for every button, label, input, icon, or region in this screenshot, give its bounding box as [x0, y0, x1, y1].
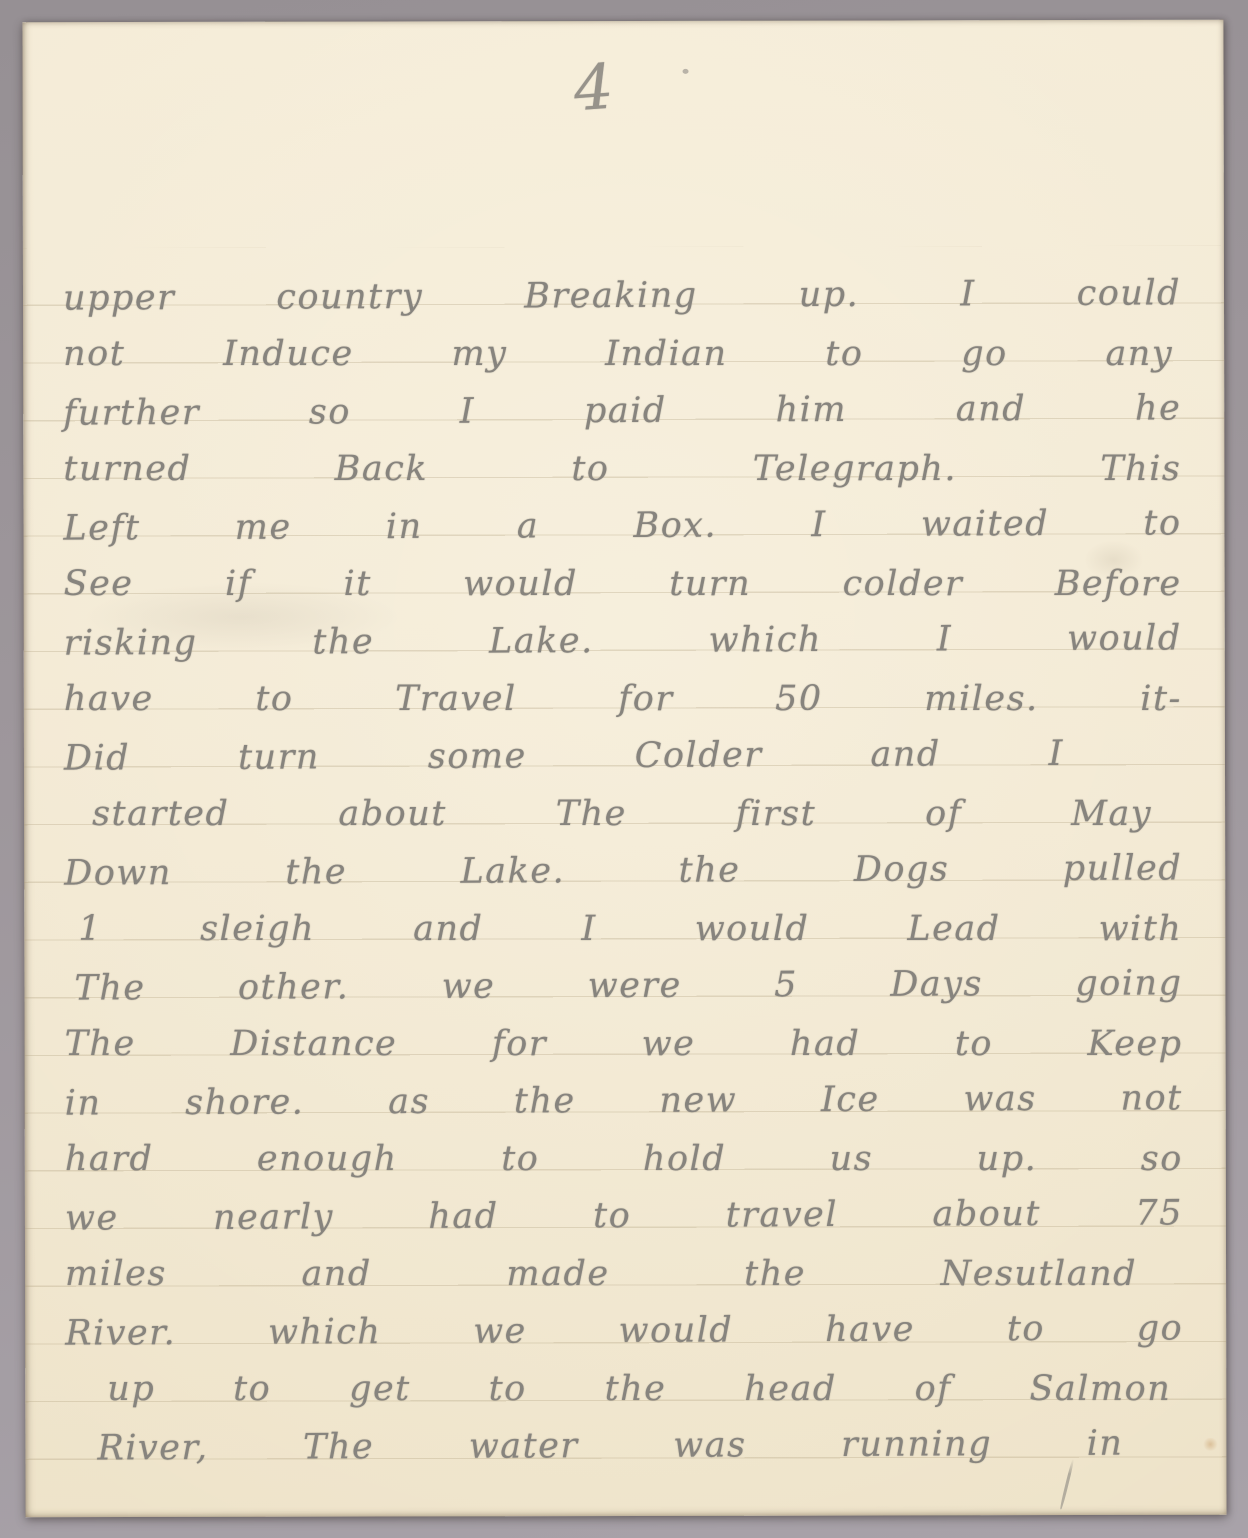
handwritten-line: River, The water was running in	[65, 1415, 1183, 1478]
handwritten-line: miles and made the Nesutland	[65, 1246, 1183, 1304]
handwritten-line: hard enough to hold us up. so	[65, 1131, 1183, 1188]
handwritten-line: See if it would turn colder Before	[64, 556, 1182, 614]
handwritten-line: in shore. as the new Ice was not	[65, 1070, 1183, 1133]
handwritten-line: risking the Lake. which I would	[64, 610, 1182, 673]
handwritten-line: turned Back to Telegraph. This	[63, 441, 1181, 499]
handwritten-line: upper country Breaking up. I could	[63, 265, 1181, 328]
handwritten-line: The Distance for we had to Keep	[65, 1016, 1183, 1073]
handwritten-line: up to get to the head of Salmon	[65, 1361, 1183, 1419]
handwritten-text-block: upper country Breaking up. I could not I…	[63, 267, 1184, 1477]
handwritten-line: Did turn some Colder and I	[64, 725, 1182, 788]
handwritten-line: River. which we would have to go	[65, 1300, 1183, 1363]
handwritten-line: Down the Lake. the Dogs pulled	[64, 840, 1182, 903]
handwritten-line: The other. we were 5 Days going	[64, 955, 1182, 1018]
handwritten-line: started about The first of May	[64, 786, 1182, 844]
handwritten-line: Left me in a Box. I waited to	[63, 495, 1181, 558]
stray-pencil-dot	[683, 69, 689, 74]
handwritten-line: we nearly had to travel about 75	[65, 1185, 1183, 1248]
page-number: 4	[551, 48, 636, 127]
letter-page: 4 upper country Breaking up. I could not…	[22, 20, 1226, 1518]
rust-stain	[1202, 1438, 1218, 1451]
handwritten-line: not Induce my Indian to go any	[63, 326, 1181, 384]
handwritten-line: have to Travel for 50 miles. it-	[64, 671, 1182, 729]
handwritten-line: further so I paid him and he	[63, 380, 1181, 443]
handwritten-line: 1 sleigh and I would Lead with	[64, 901, 1182, 959]
